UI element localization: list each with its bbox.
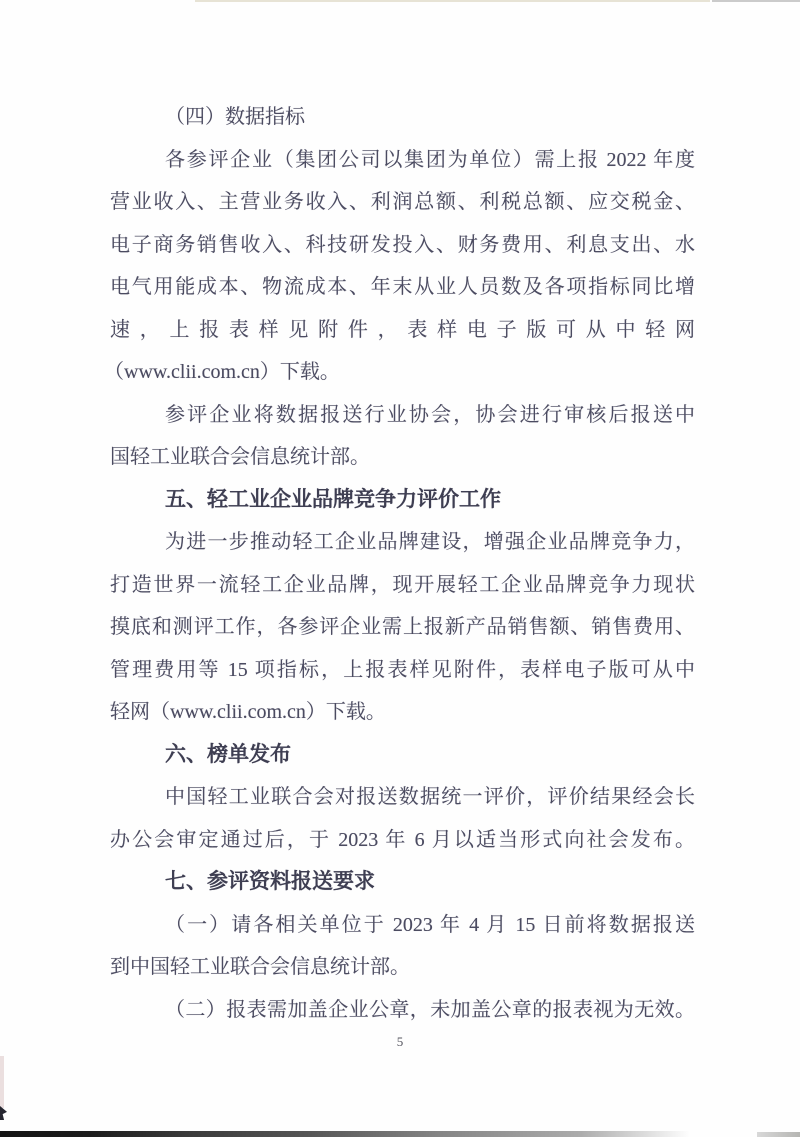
paragraph-line: 国轻工业联合会信息统计部。 (110, 436, 695, 479)
page-number: 5 (0, 1034, 800, 1050)
paragraph-line: 速，上报表样见附件，表样电子版可从中轻网 (110, 309, 695, 352)
document-page: （四）数据指标 各参评企业（集团公司以集团为单位）需上报 2022 年度 营业收… (0, 0, 800, 1137)
paragraph-line-website-url: 轻网（www.clii.com.cn）下载。 (110, 691, 695, 734)
section-heading-5-brand-competitiveness: 五、轻工业企业品牌竞争力评价工作 (110, 479, 695, 522)
scan-artifact-top-edge-right (712, 0, 800, 2)
paragraph-line: 摸底和测评工作，各参评企业需上报新产品销售额、销售费用、 (110, 606, 695, 649)
paragraph-line: （二）报表需加盖企业公章，未加盖公章的报表视为无效。 (110, 989, 695, 1032)
paragraph-line: 为进一步推动轻工企业品牌建设，增强企业品牌竞争力， (110, 521, 695, 564)
paragraph-line: 到中国轻工业联合会信息统计部。 (110, 946, 695, 989)
scan-artifact-left-smudge (0, 1056, 4, 1108)
document-body: （四）数据指标 各参评企业（集团公司以集团为单位）需上报 2022 年度 营业收… (110, 96, 695, 1031)
paragraph-line: 参评企业将数据报送行业协会，协会进行审核后报送中 (110, 394, 695, 437)
scan-artifact-top-edge (195, 0, 710, 2)
scan-artifact-bottom-band (0, 1131, 690, 1137)
paragraph-line: 各参评企业（集团公司以集团为单位）需上报 2022 年度 (110, 139, 695, 182)
section-heading-6-ranking-release: 六、榜单发布 (110, 734, 695, 777)
paragraph-line: （一）请各相关单位于 2023 年 4 月 15 日前将数据报送 (110, 904, 695, 947)
paragraph-line: 电气用能成本、物流成本、年末从业人员数及各项指标同比增 (110, 266, 695, 309)
scan-artifact-bottom-right-band (757, 1132, 800, 1137)
subsection-heading-4-data-indicators: （四）数据指标 (110, 96, 695, 139)
paragraph-line: 中国轻工业联合会对报送数据统一评价，评价结果经会长 (110, 776, 695, 819)
paragraph-line: 营业收入、主营业务收入、利润总额、利税总额、应交税金、 (110, 181, 695, 224)
scan-artifact-left-mark (0, 1106, 7, 1120)
paragraph-line: 办公会审定通过后，于 2023 年 6 月以适当形式向社会发布。 (110, 819, 695, 862)
paragraph-line: 电子商务销售收入、科技研发投入、财务费用、利息支出、水 (110, 224, 695, 267)
paragraph-line: 管理费用等 15 项指标，上报表样见附件，表样电子版可从中 (110, 649, 695, 692)
paragraph-line-website-url: （www.clii.com.cn）下载。 (104, 351, 695, 394)
section-heading-7-submission-requirements: 七、参评资料报送要求 (110, 861, 695, 904)
paragraph-line: 打造世界一流轻工企业品牌，现开展轻工企业品牌竞争力现状 (110, 564, 695, 607)
